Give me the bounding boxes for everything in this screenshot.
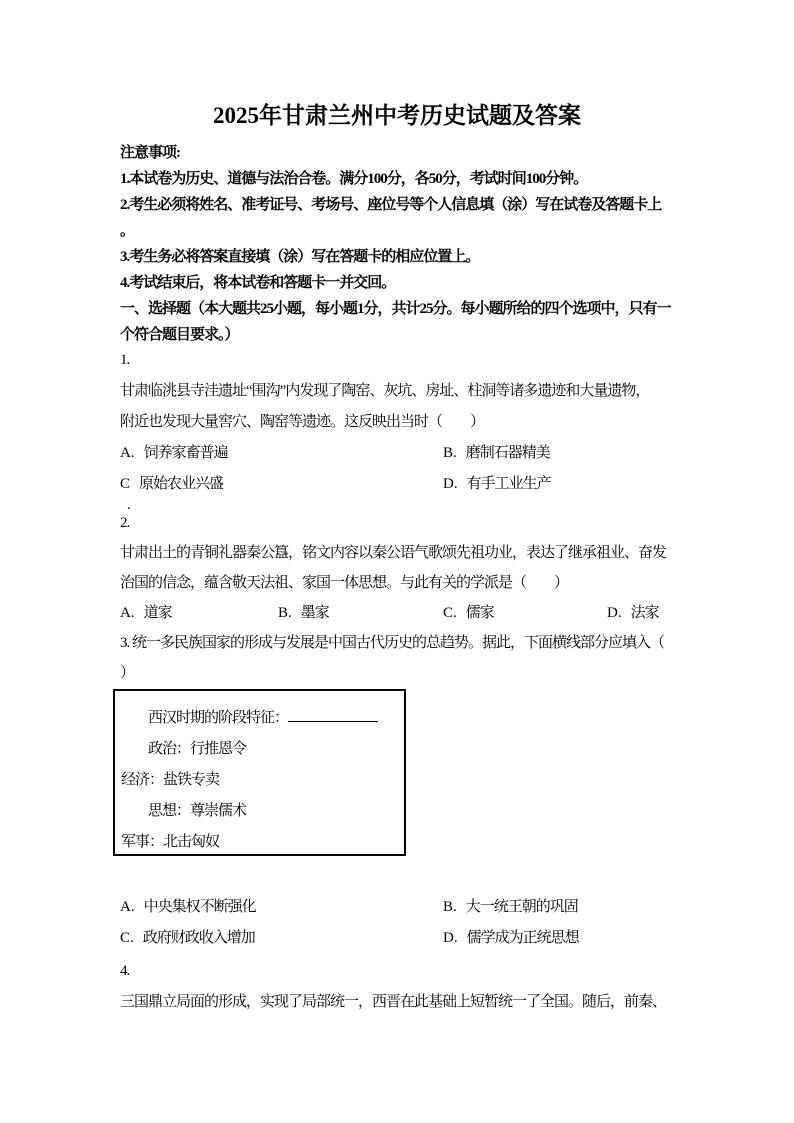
- option-c-text: 儒家: [466, 605, 494, 621]
- document-page: 2025年甘肃兰州中考历史试题及答案 注意事项: 1.本试卷为历史、道德与法治合…: [0, 0, 794, 1123]
- notice-item-4: 4.考试结束后，将本试卷和答题卡一并交回。: [120, 270, 671, 296]
- question-1-option-d: D.有手工业生产: [443, 469, 551, 500]
- question-1-option-b: B.磨制石器精美: [443, 438, 550, 469]
- option-a-label: A.: [120, 438, 135, 469]
- option-d-text: 法家: [631, 605, 659, 621]
- box-line-feature: 西汉时期的阶段特征：: [121, 703, 404, 734]
- question-1-option-c: C原始农业兴盛.: [120, 469, 223, 500]
- question-1-options-row-2: C原始农业兴盛. D.有手工业生产: [120, 469, 649, 500]
- box-line-politics: 政治：行推恩令: [121, 734, 404, 765]
- option-c-label: C.: [443, 598, 457, 628]
- option-b-label: B.: [278, 598, 292, 628]
- option-a-label: A.: [120, 892, 135, 923]
- option-b-label: B.: [443, 892, 457, 923]
- question-2: 2. 甘肃出土的青铜礼器秦公簋，铭文内容以秦公语气歌颂先祖功业，表达了继承祖业、…: [120, 508, 666, 629]
- section-heading-line-1: 一、选择题（本大题共25小题，每小题1分，共计25分。每小题所给的四个选项中，只…: [120, 296, 671, 322]
- box-line-thought: 思想：尊崇儒术: [121, 796, 404, 827]
- option-b-label: B.: [443, 438, 457, 469]
- box-line-economy: 经济：盐铁专卖: [121, 765, 404, 796]
- option-c-text: 政府财政收入增加: [143, 930, 255, 946]
- option-b-text: 大一统王朝的巩固: [466, 899, 578, 915]
- question-1-options-row-1: A.饲养家畜普遍 B.磨制石器精美: [120, 438, 649, 469]
- question-2-option-c: C.儒家: [443, 598, 494, 628]
- feature-label: 西汉时期的阶段特征：: [148, 710, 288, 726]
- option-d-label: D.: [443, 469, 458, 500]
- notice-item-1: 1.本试卷为历史、道德与法治合卷。满分100分，各50分，考试时间100分钟。: [120, 166, 671, 192]
- question-3-option-d: D.儒学成为正统思想: [443, 923, 579, 954]
- stage-feature-box: 西汉时期的阶段特征： 政治：行推恩令 经济：盐铁专卖 思想：尊崇儒术 军事：北击…: [113, 689, 406, 856]
- option-d-label: D.: [607, 598, 622, 628]
- question-2-option-a: A.道家: [120, 598, 172, 628]
- question-2-stem-line-2: 治国的信念，蕴含敬天法祖、家国一体思想。与此有关的学派是（ ）: [120, 568, 666, 598]
- question-2-number: 2.: [120, 508, 666, 538]
- notice-heading: 注意事项:: [120, 140, 671, 166]
- box-line-military: 军事：北击匈奴: [121, 827, 404, 858]
- option-c-label: C.: [120, 923, 134, 954]
- blank-underline: [288, 708, 378, 722]
- notice-item-2: 2.考生必须将姓名、准考证号、考场号、座位号等个人信息填（涂）写在试卷及答题卡上: [120, 192, 671, 218]
- question-3-stem-line-1: 3. 统一多民族国家的形成与发展是中国古代历史的总趋势。据此，下面横线部分应填入…: [120, 628, 664, 658]
- question-3-option-b: B.大一统王朝的巩固: [443, 892, 578, 923]
- question-1: 1. 甘肃临洮县寺洼遗址“围沟”内发现了陶窑、灰坑、房址、柱洞等诸多遗迹和大量遗…: [120, 345, 649, 500]
- question-2-option-b: B.墨家: [278, 598, 329, 628]
- option-b-text: 磨制石器精美: [466, 445, 550, 461]
- question-1-stem-line-2: 附近也发现大量窖穴、陶窑等遗迹。这反映出当时（ ）: [120, 407, 649, 438]
- question-3-stem-line-2: ）: [120, 658, 664, 688]
- question-1-number: 1.: [120, 345, 649, 376]
- question-3-stem: 3. 统一多民族国家的形成与发展是中国古代历史的总趋势。据此，下面横线部分应填入…: [120, 628, 664, 688]
- question-4-stem-line-1: 三国鼎立局面的形成，实现了局部统一，西晋在此基础上短暂统一了全国。随后，前秦、: [120, 987, 666, 1018]
- option-b-text: 墨家: [301, 605, 329, 621]
- page-title: 2025年甘肃兰州中考历史试题及答案: [0, 97, 794, 130]
- option-a-text: 道家: [144, 605, 172, 621]
- option-d-text: 儒学成为正统思想: [467, 930, 579, 946]
- question-2-stem-line-1: 甘肃出土的青铜礼器秦公簋，铭文内容以秦公语气歌颂先祖功业，表达了继承祖业、奋发: [120, 538, 666, 568]
- question-3-option-c: C.政府财政收入增加: [120, 923, 255, 954]
- option-d-label: D.: [443, 923, 458, 954]
- question-1-stem-line-1: 甘肃临洮县寺洼遗址“围沟”内发现了陶窑、灰坑、房址、柱洞等诸多遗迹和大量遗物，: [120, 376, 649, 407]
- option-a-text: 中央集权不断强化: [144, 899, 256, 915]
- notice-item-3: 3.考生务必将答案直接填（涂）写在答题卡的相应位置上。: [120, 244, 671, 270]
- question-1-option-a: A.饲养家畜普遍: [120, 438, 228, 469]
- question-2-option-d: D.法家: [607, 598, 659, 628]
- question-4-number: 4.: [120, 956, 666, 987]
- notice-item-2-overflow: 。: [120, 218, 671, 244]
- option-a-text: 饲养家畜普遍: [144, 445, 228, 461]
- option-d-text: 有手工业生产: [467, 476, 551, 492]
- question-2-options-row: A.道家 B.墨家 C.儒家 D.法家: [120, 598, 666, 629]
- question-4: 4. 三国鼎立局面的形成，实现了局部统一，西晋在此基础上短暂统一了全国。随后，前…: [120, 956, 666, 1018]
- question-3-option-a: A.中央集权不断强化: [120, 892, 256, 923]
- option-c-text: 原始农业兴盛: [139, 476, 223, 492]
- option-a-label: A.: [120, 598, 135, 628]
- notice-block: 注意事项: 1.本试卷为历史、道德与法治合卷。满分100分，各50分，考试时间1…: [120, 140, 671, 348]
